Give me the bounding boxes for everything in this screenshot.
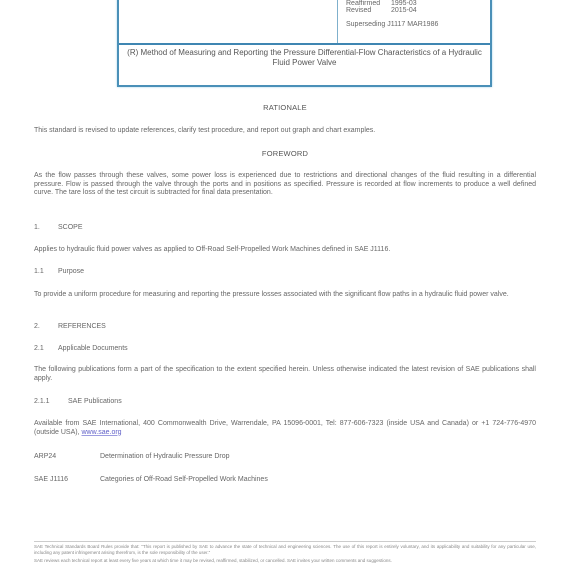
header-box: Reaffirmed 1995-03 Revised 2015-04 Super… <box>117 0 492 87</box>
section-number: 2.1 <box>34 345 58 352</box>
document-title: (R) Method of Measuring and Reporting th… <box>119 48 490 68</box>
revised-row: Revised 2015-04 <box>346 7 492 14</box>
document-page: Reaffirmed 1995-03 Revised 2015-04 Super… <box>0 0 570 570</box>
section-title: Applicable Documents <box>58 345 128 352</box>
scope-text: Applies to hydraulic fluid power valves … <box>34 246 536 255</box>
applicable-text: The following publications form a part o… <box>34 366 536 383</box>
revised-date: 2015-04 <box>391 7 417 14</box>
section-applicable-heading: 2.1Applicable Documents <box>34 345 128 352</box>
section-title: SCOPE <box>58 224 83 231</box>
purpose-text: To provide a uniform procedure for measu… <box>34 291 536 300</box>
footer-disclaimer: SAE Technical Standards Board Rules prov… <box>34 544 536 555</box>
section-number: 2.1.1 <box>34 398 68 405</box>
reference-item: ARP24 Determination of Hydraulic Pressur… <box>34 453 230 460</box>
superseding-note: Superseding J1117 MAR1986 <box>346 21 492 28</box>
reaffirmed-label: Reaffirmed <box>346 0 391 7</box>
section-references-heading: 2.REFERENCES <box>34 323 106 330</box>
reference-code: ARP24 <box>34 453 100 460</box>
header-top-row: Reaffirmed 1995-03 Revised 2015-04 Super… <box>119 0 490 45</box>
section-scope-heading: 1.SCOPE <box>34 224 83 231</box>
section-title: REFERENCES <box>58 323 106 330</box>
section-title: SAE Publications <box>68 398 122 405</box>
reaffirmed-row: Reaffirmed 1995-03 <box>346 0 492 7</box>
section-purpose-heading: 1.1Purpose <box>34 268 84 275</box>
reference-title: Determination of Hydraulic Pressure Drop <box>100 453 230 460</box>
section-number: 1.1 <box>34 268 58 275</box>
foreword-text: As the flow passes through these valves,… <box>34 172 536 198</box>
revision-info: Reaffirmed 1995-03 Revised 2015-04 Super… <box>337 0 492 43</box>
section-number: 2. <box>34 323 58 330</box>
reference-item: SAE J1116 Categories of Off-Road Self-Pr… <box>34 476 268 483</box>
footer-divider <box>34 541 536 542</box>
sae-publications-text: Available from SAE International, 400 Co… <box>34 420 536 437</box>
foreword-heading: FOREWORD <box>0 149 570 158</box>
footer-review-note: SAE reviews each technical report at lea… <box>34 558 536 564</box>
section-number: 1. <box>34 224 58 231</box>
revised-label: Revised <box>346 7 391 14</box>
reference-title: Categories of Off-Road Self-Propelled Wo… <box>100 476 268 483</box>
reference-code: SAE J1116 <box>34 476 100 483</box>
rationale-text: This standard is revised to update refer… <box>34 127 536 136</box>
rationale-heading: RATIONALE <box>0 103 570 112</box>
reaffirmed-date: 1995-03 <box>391 0 417 7</box>
section-sae-publications-heading: 2.1.1SAE Publications <box>34 398 122 405</box>
section-title: Purpose <box>58 268 84 275</box>
sae-website-link[interactable]: www.sae.org <box>81 429 121 436</box>
